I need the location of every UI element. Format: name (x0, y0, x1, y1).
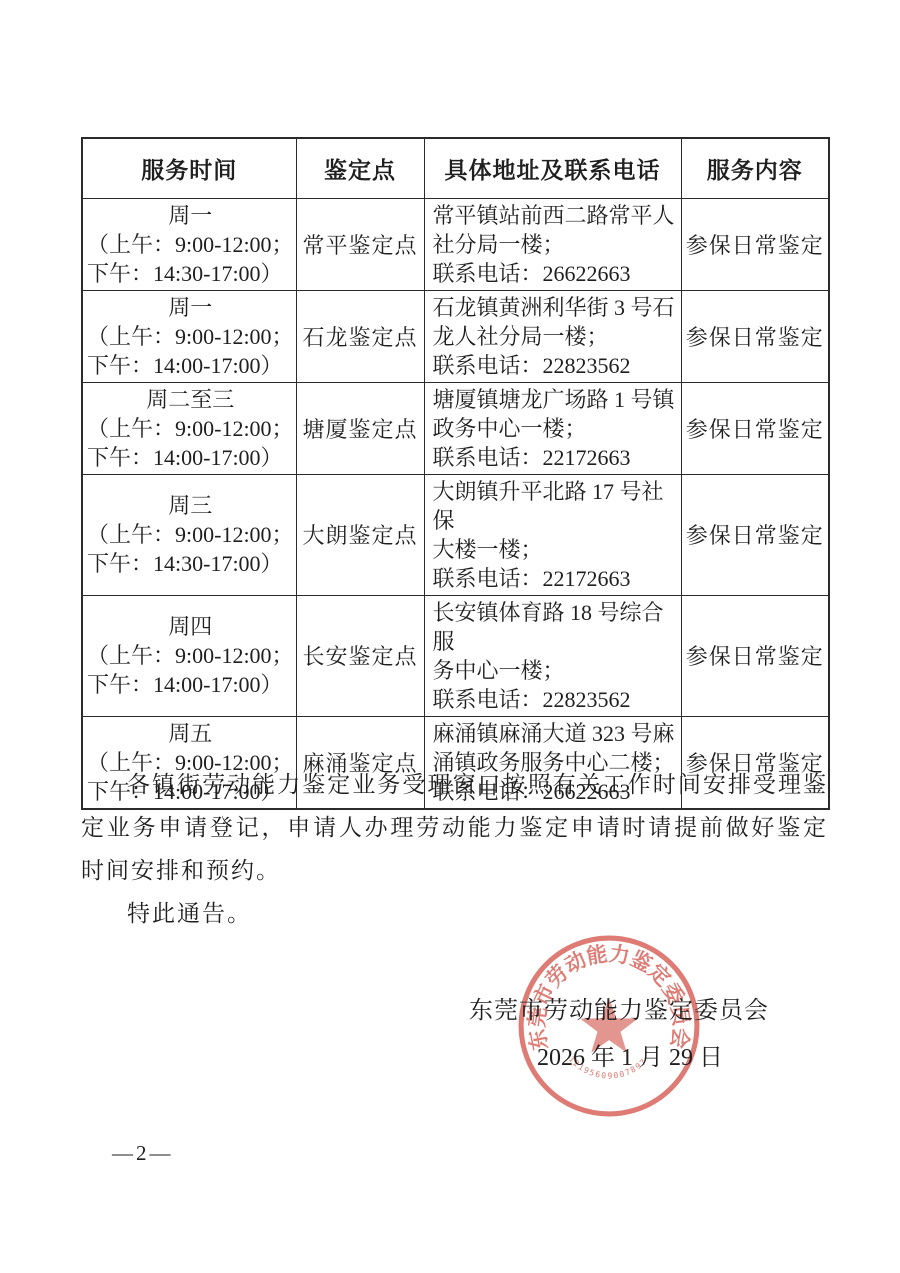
table-row: 周三（上午：9:00-12:00；下午：14:30-17:00）大朗鉴定点大朗镇… (82, 474, 829, 595)
address-phone-cell: 石龙镇黄洲利华街 3 号石龙人社分局一楼；联系电话：22823562 (424, 290, 681, 382)
signature-organization: 东莞市劳动能力鉴定委员会 (469, 990, 769, 1025)
official-red-seal: 东莞市劳动能力鉴定委员会 12195609007897 (513, 930, 705, 1122)
table-row: 周一（上午：9:00-12:00；下午：14:00-17:00）石龙鉴定点石龙镇… (82, 290, 829, 382)
address-line: 大楼一楼； (433, 535, 677, 564)
address-line: 大朗镇升平北路 17 号社保 (433, 477, 677, 535)
service-time-line: 周二至三 (87, 385, 294, 414)
appraisal-point-cell: 长安鉴定点 (296, 595, 424, 716)
signature-date: 2026 年 1 月 29 日 (537, 1037, 723, 1072)
address-line: 石龙镇黄洲利华街 3 号石 (433, 293, 677, 322)
service-content-cell: 参保日常鉴定 (681, 382, 829, 474)
service-time-line: 周四 (87, 612, 294, 641)
appraisal-point-cell: 常平鉴定点 (296, 198, 424, 290)
service-time-cell: 周二至三（上午：9:00-12:00；下午：14:00-17:00） (82, 382, 296, 474)
table-row: 周四（上午：9:00-12:00；下午：14:00-17:00）长安鉴定点长安镇… (82, 595, 829, 716)
service-time-line: 周一 (87, 201, 294, 230)
service-time-cell: 周一（上午：9:00-12:00；下午：14:30-17:00） (82, 198, 296, 290)
address-line: 社分局一楼； (433, 230, 677, 259)
address-line: 联系电话：22172663 (433, 564, 677, 593)
address-line: 务中心一楼； (433, 656, 677, 685)
address-line: 联系电话：22823562 (433, 351, 677, 380)
appraisal-point-cell: 塘厦鉴定点 (296, 382, 424, 474)
table-row: 周一（上午：9:00-12:00；下午：14:30-17:00）常平鉴定点常平镇… (82, 198, 829, 290)
service-time-line: 周三 (87, 491, 294, 520)
service-time-line: （上午：9:00-12:00； (87, 641, 294, 670)
appraisal-point-cell: 大朗鉴定点 (296, 474, 424, 595)
address-line: 联系电话：22172663 (433, 443, 677, 472)
appraisal-point-cell: 石龙鉴定点 (296, 290, 424, 382)
service-time-line: 下午：14:00-17:00） (87, 351, 294, 380)
service-time-line: （上午：9:00-12:00； (87, 230, 294, 259)
address-phone-cell: 长安镇体育路 18 号综合服务中心一楼；联系电话：22823562 (424, 595, 681, 716)
service-schedule-table: 服务时间 鉴定点 具体地址及联系电话 服务内容 周一（上午：9:00-12:00… (81, 137, 830, 810)
service-time-line: 周五 (87, 719, 294, 748)
document-page: 服务时间 鉴定点 具体地址及联系电话 服务内容 周一（上午：9:00-12:00… (0, 0, 900, 1273)
notice-paragraph: 各镇街劳动能力鉴定业务受理窗口按照有关工作时间安排受理鉴定业务申请登记，申请人办… (81, 763, 828, 892)
service-content-cell: 参保日常鉴定 (681, 595, 829, 716)
service-content-cell: 参保日常鉴定 (681, 474, 829, 595)
header-service-content: 服务内容 (681, 138, 829, 198)
address-line: 常平镇站前西二路常平人 (433, 201, 677, 230)
address-phone-cell: 塘厦镇塘龙广场路 1 号镇政务中心一楼；联系电话：22172663 (424, 382, 681, 474)
service-time-line: 下午：14:00-17:00） (87, 670, 294, 699)
service-content-cell: 参保日常鉴定 (681, 198, 829, 290)
service-time-line: （上午：9:00-12:00； (87, 520, 294, 549)
service-time-line: 下午：14:00-17:00） (87, 443, 294, 472)
table-row: 周二至三（上午：9:00-12:00；下午：14:00-17:00）塘厦鉴定点塘… (82, 382, 829, 474)
table-header-row: 服务时间 鉴定点 具体地址及联系电话 服务内容 (82, 138, 829, 198)
closing-line: 特此通告。 (81, 892, 828, 935)
address-phone-cell: 常平镇站前西二路常平人社分局一楼；联系电话：26622663 (424, 198, 681, 290)
address-line: 长安镇体育路 18 号综合服 (433, 598, 677, 656)
service-time-cell: 周一（上午：9:00-12:00；下午：14:00-17:00） (82, 290, 296, 382)
address-line: 联系电话：22823562 (433, 685, 677, 714)
seal-ring (521, 938, 697, 1114)
table-body: 周一（上午：9:00-12:00；下午：14:30-17:00）常平鉴定点常平镇… (82, 198, 829, 809)
service-time-line: （上午：9:00-12:00； (87, 322, 294, 351)
service-content-cell: 参保日常鉴定 (681, 290, 829, 382)
address-line: 联系电话：26622663 (433, 259, 677, 288)
header-appraisal-point: 鉴定点 (296, 138, 424, 198)
address-line: 麻涌镇麻涌大道 323 号麻 (433, 719, 677, 748)
address-line: 塘厦镇塘龙广场路 1 号镇 (433, 385, 677, 414)
service-time-line: 周一 (87, 293, 294, 322)
service-time-line: （上午：9:00-12:00； (87, 414, 294, 443)
header-service-time: 服务时间 (82, 138, 296, 198)
body-text: 各镇街劳动能力鉴定业务受理窗口按照有关工作时间安排受理鉴定业务申请登记，申请人办… (81, 763, 828, 935)
service-time-line: 下午：14:30-17:00） (87, 259, 294, 288)
page-number: —2— (112, 1141, 174, 1166)
address-line: 政务中心一楼； (433, 414, 677, 443)
service-time-cell: 周三（上午：9:00-12:00；下午：14:30-17:00） (82, 474, 296, 595)
address-line: 龙人社分局一楼； (433, 322, 677, 351)
service-time-line: 下午：14:30-17:00） (87, 549, 294, 578)
service-time-cell: 周四（上午：9:00-12:00；下午：14:00-17:00） (82, 595, 296, 716)
address-phone-cell: 大朗镇升平北路 17 号社保大楼一楼；联系电话：22172663 (424, 474, 681, 595)
header-address-phone: 具体地址及联系电话 (424, 138, 681, 198)
